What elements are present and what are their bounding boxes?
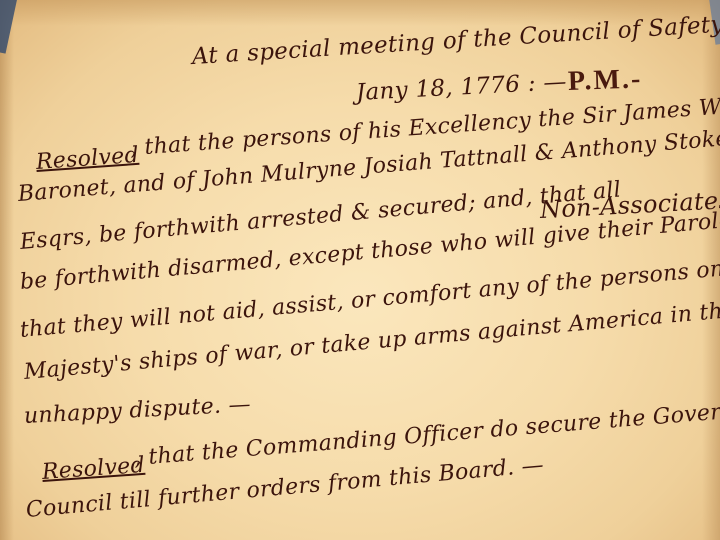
paper-stain-left (0, 0, 14, 540)
manuscript-page: At a special meeting of the Council of S… (0, 0, 720, 540)
resolved-label-2: Resolved (41, 453, 146, 485)
resolved-label-1: Resolved (35, 143, 140, 175)
heading-time: P.M.- (567, 63, 642, 98)
text-line: unhappy dispute. — (23, 392, 251, 429)
heading-date: Jany 18, 1776 : — (355, 69, 567, 106)
